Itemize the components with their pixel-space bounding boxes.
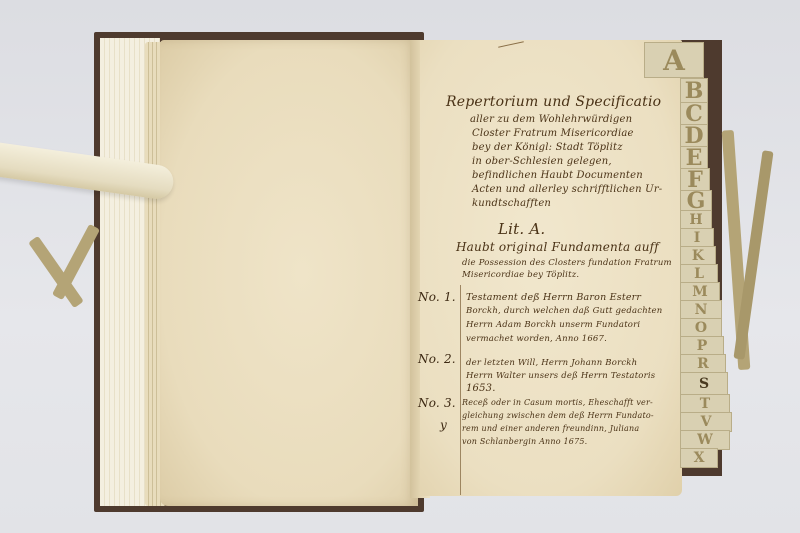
index-tab-k[interactable]: K: [680, 246, 716, 266]
entry-1-line-1: Testament deß Herrn Baron Esterr: [466, 292, 641, 303]
entry-number-1: No. 1.: [418, 290, 456, 304]
index-tab-i[interactable]: I: [680, 228, 714, 248]
entry-1-line-3: Herrn Adam Borckh unserm Fundatori: [466, 320, 640, 330]
section-sub-1: die Possession des Closters fundation Fr…: [462, 258, 672, 268]
index-tab-g[interactable]: G: [680, 190, 712, 212]
heading-line-8: kundtschafften: [472, 198, 551, 209]
index-tab-s[interactable]: S: [680, 372, 728, 396]
index-tab-l[interactable]: L: [680, 264, 718, 284]
index-tab-v[interactable]: V: [680, 412, 732, 432]
section-label: Lit. A.: [498, 220, 545, 238]
index-tab-a[interactable]: A: [644, 42, 704, 78]
index-tab-t[interactable]: T: [680, 394, 730, 414]
entry-1-line-4: vermachet worden, Anno 1667.: [466, 334, 607, 344]
index-tab-o[interactable]: O: [680, 318, 722, 338]
heading-line-6: befindlichen Haubt Documenten: [472, 170, 643, 181]
entry-2-line-3: 1653.: [466, 383, 496, 394]
index-tab-n[interactable]: N: [680, 300, 722, 320]
index-tab-h[interactable]: H: [680, 210, 712, 230]
entry-1-line-2: Borckh, durch welchen daß Gutt gedachten: [466, 306, 662, 316]
heading-line-5: in ober-Schlesien gelegen,: [472, 156, 612, 167]
index-tab-p[interactable]: P: [680, 336, 724, 356]
heading-line-3: Closter Fratrum Misericordiae: [472, 128, 634, 139]
entry-number-3: No. 3.: [418, 396, 456, 410]
index-tab-m[interactable]: M: [680, 282, 720, 302]
index-tab-x[interactable]: X: [680, 448, 718, 468]
index-tab-r[interactable]: R: [680, 354, 726, 374]
section-sub-2: Misericordiae bey Töplitz.: [462, 270, 579, 280]
section-title: Haubt original Fundamenta auff: [456, 240, 659, 254]
alphabet-index-tabs: A B C D E F G H I K L M N O P R S T V W …: [680, 42, 724, 472]
entry-2-line-2: Herrn Walter unsers deß Herrn Testatoris: [466, 371, 655, 381]
heading-line-1: Repertorium und Specificatio: [446, 94, 661, 110]
index-tab-w[interactable]: W: [680, 430, 730, 450]
heading-line-4: bey der Königl: Stadt Töplitz: [472, 142, 623, 153]
entry-number-2: No. 2.: [418, 352, 456, 366]
left-page: [160, 40, 418, 506]
heading-line-2: aller zu dem Wohlehrwürdigen: [470, 114, 632, 125]
margin-mark: y: [440, 418, 447, 432]
entry-3-line-4: von Schlanbergin Anno 1675.: [462, 437, 587, 446]
entry-3-line-2: gleichung zwischen dem deß Herrn Fundato…: [462, 411, 654, 420]
entry-2-line-1: der letzten Will, Herrn Johann Borckh: [466, 358, 637, 368]
entry-3-line-1: Receß oder in Casum mortis, Eheschafft v…: [462, 398, 653, 407]
heading-line-7: Acten und allerley schrifftlichen Ur-: [472, 184, 662, 195]
ribbon-marker-left-b: [52, 224, 100, 300]
margin-rule: [460, 285, 461, 495]
entry-3-line-3: rem und einer anderen freundinn, Juliana: [462, 424, 639, 433]
